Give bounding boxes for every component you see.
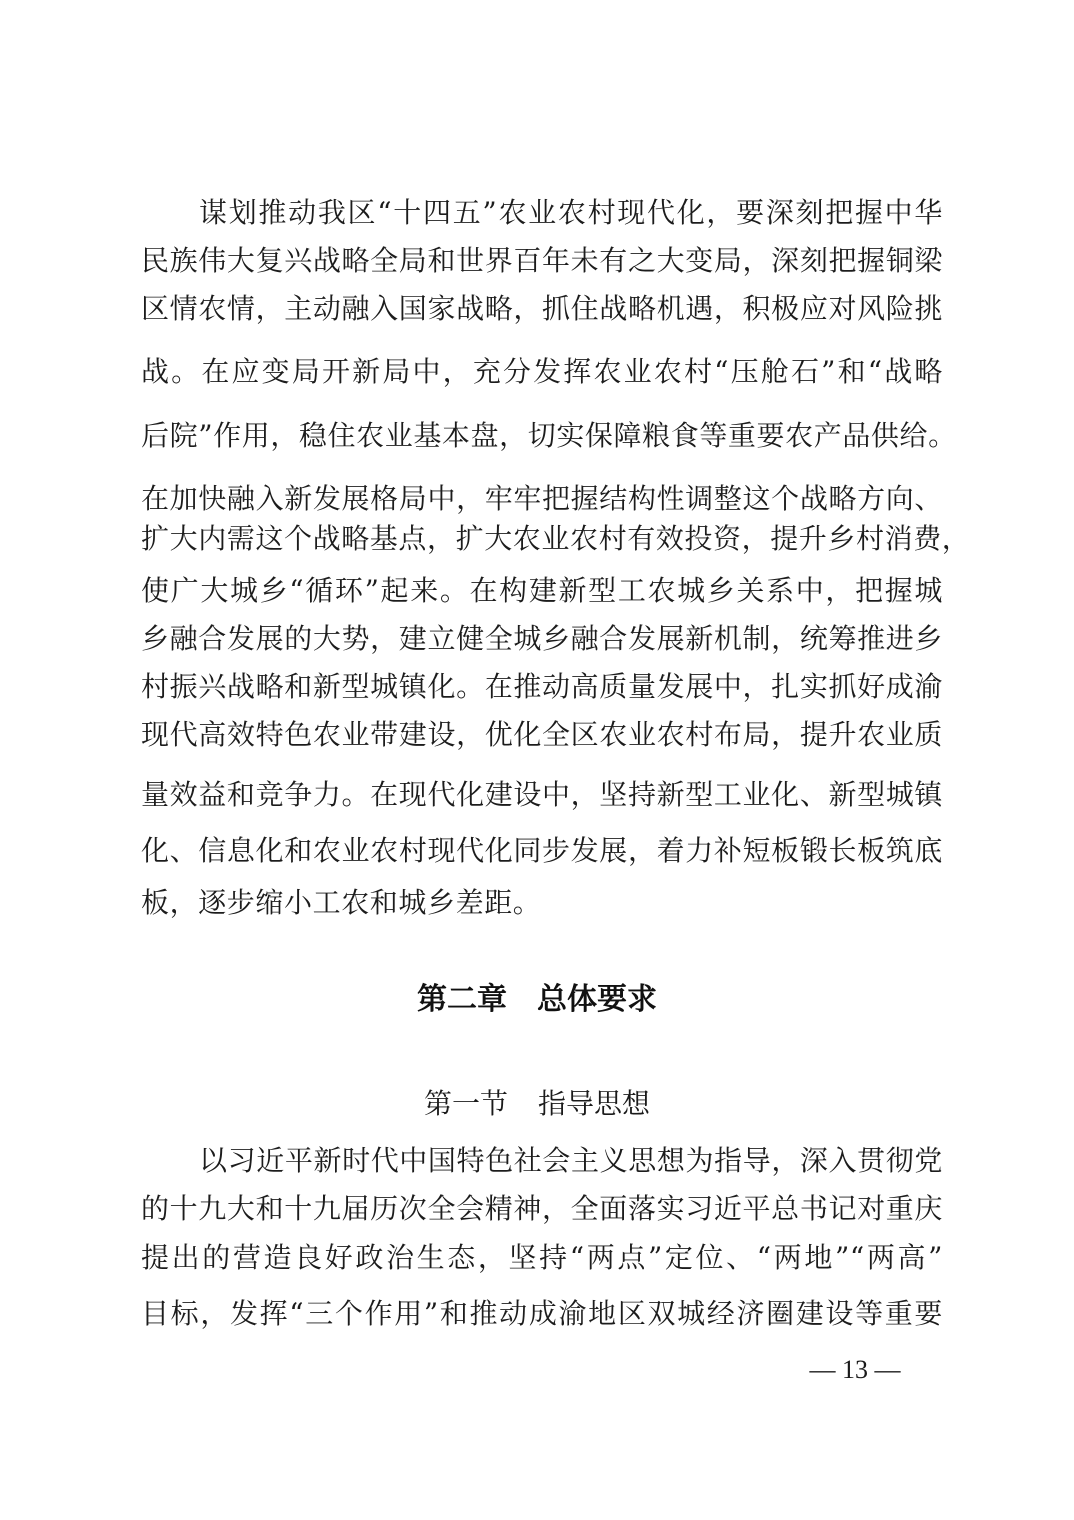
text-line: 战。在应变局开新局中，充分发挥农业农村“压舱石”和“战略: [141, 348, 943, 396]
text-line: 村振兴战略和新型城镇化。在推动高质量发展中，扎实抓好成渝: [141, 663, 943, 711]
section-number: 第一节: [424, 1082, 508, 1126]
section-heading: 第一节指导思想: [0, 1082, 1074, 1126]
text-line: 使广大城乡“循环”起来。在构建新型工农城乡关系中，把握城: [141, 567, 943, 615]
chapter-heading: 第二章总体要求: [0, 978, 1074, 1022]
text-line: 谋划推动我区“十四五”农业农村现代化，要深刻把握中华: [199, 189, 943, 237]
text-line: 乡融合发展的大势，建立健全城乡融合发展新机制，统筹推进乡: [141, 615, 943, 663]
text-line: 区情农情，主动融入国家战略，抓住战略机遇，积极应对风险挑: [141, 285, 943, 333]
text-line: 的十九大和十九届历次全会精神，全面落实习近平总书记对重庆: [141, 1185, 943, 1233]
text-line: 化、信息化和农业农村现代化同步发展，着力补短板锻长板筑底: [141, 827, 943, 875]
text-line: 后院”作用，稳住农业基本盘，切实保障粮食等重要农产品供给。: [141, 412, 943, 460]
text-line: 量效益和竞争力。在现代化建设中，坚持新型工业化、新型城镇: [141, 771, 943, 819]
chapter-title: 总体要求: [537, 978, 657, 1022]
text-line: 提出的营造良好政治生态，坚持“两点”定位、“两地”“两高”: [141, 1234, 943, 1282]
text-line: 目标，发挥“三个作用”和推动成渝地区双城经济圈建设等重要: [141, 1290, 943, 1338]
text-line: 民族伟大复兴战略全局和世界百年未有之大变局，深刻把握铜梁: [141, 237, 943, 285]
text-line: 板，逐步缩小工农和城乡差距。: [141, 879, 541, 927]
page-number: — 13 —: [800, 1350, 910, 1390]
text-line: 现代高效特色农业带建设，优化全区农业农村布局，提升农业质: [141, 711, 943, 759]
chapter-number: 第二章: [417, 978, 507, 1022]
text-line: 以习近平新时代中国特色社会主义思想为指导，深入贯彻党: [199, 1137, 943, 1185]
text-line: 扩大内需这个战略基点，扩大农业农村有效投资，提升乡村消费，: [141, 515, 943, 563]
document-page: 谋划推动我区“十四五”农业农村现代化，要深刻把握中华 民族伟大复兴战略全局和世界…: [0, 0, 1074, 1520]
section-title: 指导思想: [538, 1082, 650, 1126]
